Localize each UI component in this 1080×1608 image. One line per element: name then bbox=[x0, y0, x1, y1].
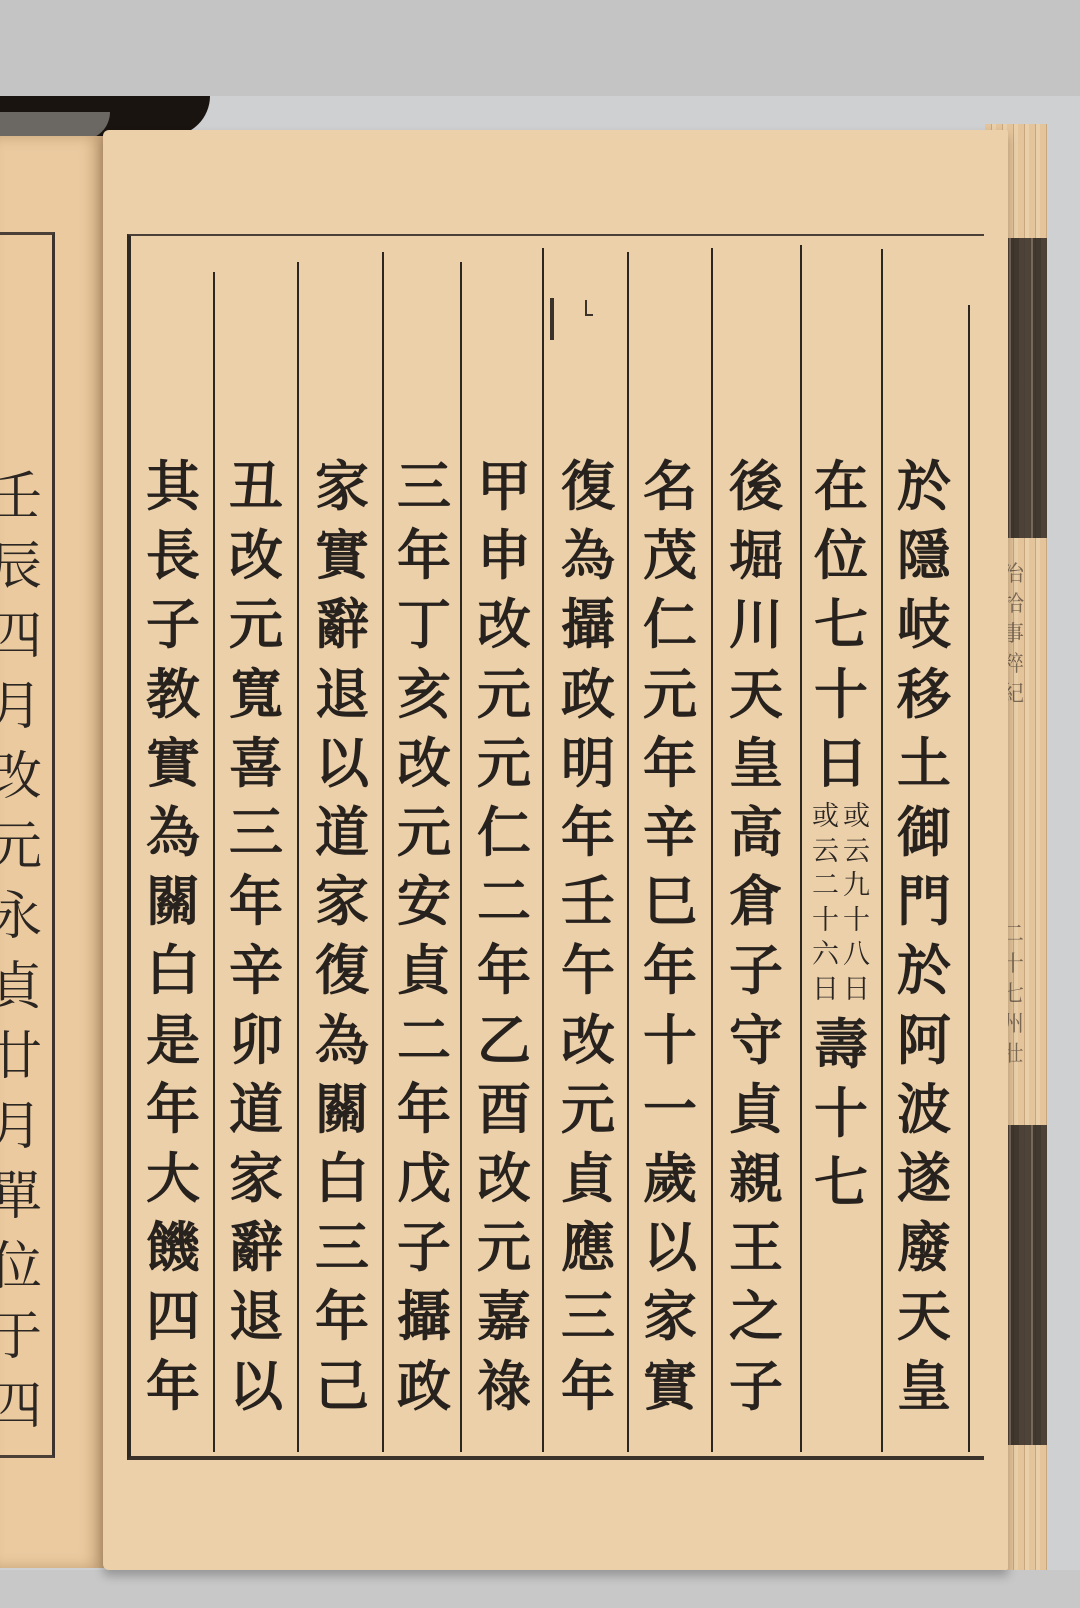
character: 於 bbox=[897, 452, 951, 521]
character: 以 bbox=[643, 1213, 697, 1282]
character: 二 bbox=[397, 1006, 451, 1075]
character: 喜 bbox=[229, 729, 283, 798]
character: 貞 bbox=[561, 1144, 615, 1213]
character: 皇 bbox=[729, 729, 783, 798]
character: 天 bbox=[729, 660, 783, 729]
character: 三 bbox=[397, 452, 451, 521]
character: 年 bbox=[561, 1352, 615, 1421]
character: 攝 bbox=[561, 590, 615, 659]
block-mark-small bbox=[585, 300, 593, 316]
character: 乙 bbox=[477, 1006, 531, 1075]
character: 年 bbox=[643, 729, 697, 798]
character: 祿 bbox=[477, 1352, 531, 1421]
left-page-character: 貞 bbox=[0, 952, 42, 1022]
character: 親 bbox=[729, 1144, 783, 1213]
note-character: 或 bbox=[843, 800, 870, 835]
left-page-character: 單 bbox=[0, 1162, 42, 1232]
character: 元 bbox=[397, 798, 451, 867]
left-page-character: 辰 bbox=[0, 532, 42, 602]
character: 酉 bbox=[477, 1075, 531, 1144]
character: 後 bbox=[729, 452, 783, 521]
note-character: 十 bbox=[843, 904, 870, 939]
left-page-character: 位 bbox=[0, 1232, 42, 1302]
character: 七 bbox=[814, 1148, 868, 1217]
character: 改 bbox=[561, 1006, 615, 1075]
character: 壽 bbox=[814, 1010, 868, 1079]
character: 為 bbox=[315, 1006, 369, 1075]
character: 以 bbox=[315, 729, 369, 798]
text-column-3: 後堀川天皇高倉子守貞親王之子 bbox=[716, 452, 796, 1421]
character: 戊 bbox=[397, 1144, 451, 1213]
character: 實 bbox=[315, 521, 369, 590]
character: 在 bbox=[814, 452, 868, 521]
character: 三 bbox=[561, 1282, 615, 1351]
character: 為 bbox=[561, 521, 615, 590]
character: 應 bbox=[561, 1213, 615, 1282]
character: 以 bbox=[229, 1352, 283, 1421]
left-page-character: 元 bbox=[0, 812, 42, 882]
character: 仁 bbox=[643, 590, 697, 659]
left-page-character: 四 bbox=[0, 1372, 42, 1442]
character: 年 bbox=[146, 1075, 200, 1144]
character: 波 bbox=[897, 1075, 951, 1144]
character: 貞 bbox=[397, 936, 451, 1005]
character: 長 bbox=[146, 521, 200, 590]
character: 十 bbox=[643, 1006, 697, 1075]
left-page-character: 月 bbox=[0, 672, 42, 742]
character: 王 bbox=[729, 1213, 783, 1282]
character: 卯 bbox=[229, 1006, 283, 1075]
note-left-line: 或云二十六日 bbox=[812, 800, 839, 1008]
text-column-9: 丑改元寬喜三年辛卯道家辭退以 bbox=[216, 452, 296, 1421]
character: 復 bbox=[315, 936, 369, 1005]
character: 仁 bbox=[477, 798, 531, 867]
character: 丑 bbox=[229, 452, 283, 521]
character: 位 bbox=[814, 521, 868, 590]
note-character: 二 bbox=[812, 869, 839, 904]
note-character: 日 bbox=[812, 973, 839, 1008]
bottom-margin-bar bbox=[0, 1570, 1080, 1608]
character: 元 bbox=[561, 1075, 615, 1144]
character: 巳 bbox=[643, 867, 697, 936]
character: 遂 bbox=[897, 1144, 951, 1213]
character: 土 bbox=[897, 729, 951, 798]
character: 廢 bbox=[897, 1213, 951, 1282]
character: 隱 bbox=[897, 521, 951, 590]
character: 皇 bbox=[897, 1352, 951, 1421]
interlinear-note: 或云九十八日或云二十六日 bbox=[812, 800, 870, 1008]
character: 教 bbox=[146, 660, 200, 729]
left-page-text-column: 壬辰四月改元永貞廿月單位于四 bbox=[0, 462, 46, 1442]
character: 子 bbox=[397, 1213, 451, 1282]
column-divider bbox=[711, 248, 713, 1452]
character: 家 bbox=[315, 452, 369, 521]
character: 貞 bbox=[729, 1075, 783, 1144]
character: 辭 bbox=[315, 590, 369, 659]
left-page-character: 四 bbox=[0, 602, 42, 672]
left-page-character: 月 bbox=[0, 1092, 42, 1162]
character: 饑 bbox=[146, 1213, 200, 1282]
character: 子 bbox=[729, 936, 783, 1005]
character: 茂 bbox=[643, 521, 697, 590]
text-column-2: 在位七十日或云九十八日或云二十六日壽十七 bbox=[801, 452, 881, 1217]
character: 辭 bbox=[229, 1213, 283, 1282]
character: 四 bbox=[146, 1282, 200, 1351]
note-right-line: 或云九十八日 bbox=[843, 800, 870, 1008]
character: 年 bbox=[146, 1352, 200, 1421]
character: 攝 bbox=[397, 1282, 451, 1351]
character: 岐 bbox=[897, 590, 951, 659]
character: 年 bbox=[315, 1282, 369, 1351]
character: 關 bbox=[146, 867, 200, 936]
left-page-character: 壬 bbox=[0, 462, 42, 532]
character: 元 bbox=[229, 590, 283, 659]
character: 其 bbox=[146, 452, 200, 521]
character: 子 bbox=[729, 1352, 783, 1421]
column-divider bbox=[297, 262, 299, 1452]
character: 政 bbox=[561, 660, 615, 729]
character: 亥 bbox=[397, 660, 451, 729]
character: 白 bbox=[146, 936, 200, 1005]
character: 家 bbox=[229, 1144, 283, 1213]
top-margin-bar bbox=[0, 0, 1080, 96]
character: 是 bbox=[146, 1006, 200, 1075]
character: 年 bbox=[561, 798, 615, 867]
character: 之 bbox=[729, 1282, 783, 1351]
note-character: 或 bbox=[812, 800, 839, 835]
character: 子 bbox=[146, 590, 200, 659]
character: 安 bbox=[397, 867, 451, 936]
character: 大 bbox=[146, 1144, 200, 1213]
character: 年 bbox=[643, 936, 697, 1005]
character: 三 bbox=[229, 798, 283, 867]
character: 十 bbox=[814, 660, 868, 729]
character: 倉 bbox=[729, 867, 783, 936]
character: 元 bbox=[477, 729, 531, 798]
note-character: 九 bbox=[843, 869, 870, 904]
character: 白 bbox=[315, 1144, 369, 1213]
character: 明 bbox=[561, 729, 615, 798]
character: 天 bbox=[897, 1282, 951, 1351]
left-page: 壬辰四月改元永貞廿月單位于四 bbox=[0, 136, 104, 1568]
character: 政 bbox=[397, 1352, 451, 1421]
character: 元 bbox=[477, 1213, 531, 1282]
text-column-10: 其長子教實為關白是年大饑四年 bbox=[133, 452, 213, 1421]
character: 三 bbox=[315, 1213, 369, 1282]
character: 家 bbox=[643, 1282, 697, 1351]
character: 甲 bbox=[477, 452, 531, 521]
character: 年 bbox=[397, 521, 451, 590]
note-character: 日 bbox=[843, 973, 870, 1008]
column-divider bbox=[881, 249, 883, 1452]
character: 己 bbox=[315, 1352, 369, 1421]
character: 年 bbox=[477, 936, 531, 1005]
character: 道 bbox=[229, 1075, 283, 1144]
character: 堀 bbox=[729, 521, 783, 590]
character: 辛 bbox=[229, 936, 283, 1005]
note-character: 云 bbox=[812, 835, 839, 870]
character: 午 bbox=[561, 936, 615, 1005]
character: 退 bbox=[229, 1282, 283, 1351]
character: 道 bbox=[315, 798, 369, 867]
text-column-7: 三年丁亥改元安貞二年戊子攝政 bbox=[384, 452, 464, 1421]
text-column-8: 家實辭退以道家復為關白三年己 bbox=[302, 452, 382, 1421]
note-character: 六 bbox=[812, 938, 839, 973]
character: 七 bbox=[814, 590, 868, 659]
text-column-5: 復為攝政明年壬午改元貞應三年 bbox=[548, 452, 628, 1421]
character: 日 bbox=[814, 729, 868, 798]
character: 御 bbox=[897, 798, 951, 867]
character: 川 bbox=[729, 590, 783, 659]
character: 關 bbox=[315, 1075, 369, 1144]
character: 嘉 bbox=[477, 1282, 531, 1351]
character: 寬 bbox=[229, 660, 283, 729]
character: 門 bbox=[897, 867, 951, 936]
character: 改 bbox=[477, 590, 531, 659]
character: 十 bbox=[814, 1079, 868, 1148]
character: 辛 bbox=[643, 798, 697, 867]
text-column-4: 名茂仁元年辛巳年十一歲以家實 bbox=[630, 452, 710, 1421]
note-character: 十 bbox=[812, 904, 839, 939]
character: 名 bbox=[643, 452, 697, 521]
column-divider bbox=[213, 272, 215, 1452]
character: 一 bbox=[643, 1075, 697, 1144]
character: 實 bbox=[643, 1352, 697, 1421]
character: 改 bbox=[397, 729, 451, 798]
left-page-character: 永 bbox=[0, 882, 42, 952]
character: 改 bbox=[477, 1144, 531, 1213]
character: 年 bbox=[229, 867, 283, 936]
left-page-character: 廿 bbox=[0, 1022, 42, 1092]
character: 守 bbox=[729, 1006, 783, 1075]
block-mark bbox=[550, 298, 554, 340]
character: 家 bbox=[315, 867, 369, 936]
character: 歲 bbox=[643, 1144, 697, 1213]
text-column-6: 甲申改元元仁二年乙酉改元嘉祿 bbox=[464, 452, 544, 1421]
character: 改 bbox=[229, 521, 283, 590]
text-column-1: 於隱岐移土御門於阿波遂廢天皇 bbox=[884, 452, 964, 1421]
character: 高 bbox=[729, 798, 783, 867]
character: 為 bbox=[146, 798, 200, 867]
left-page-character: 于 bbox=[0, 1302, 42, 1372]
character: 申 bbox=[477, 521, 531, 590]
character: 復 bbox=[561, 452, 615, 521]
note-character: 八 bbox=[843, 938, 870, 973]
character: 丁 bbox=[397, 590, 451, 659]
character: 元 bbox=[643, 660, 697, 729]
character: 年 bbox=[397, 1075, 451, 1144]
character: 移 bbox=[897, 660, 951, 729]
character: 二 bbox=[477, 867, 531, 936]
character: 阿 bbox=[897, 1006, 951, 1075]
note-character: 云 bbox=[843, 835, 870, 870]
left-page-character: 改 bbox=[0, 742, 42, 812]
character: 元 bbox=[477, 660, 531, 729]
character: 實 bbox=[146, 729, 200, 798]
column-divider bbox=[968, 305, 970, 1452]
character: 於 bbox=[897, 936, 951, 1005]
character: 壬 bbox=[561, 867, 615, 936]
character: 退 bbox=[315, 660, 369, 729]
